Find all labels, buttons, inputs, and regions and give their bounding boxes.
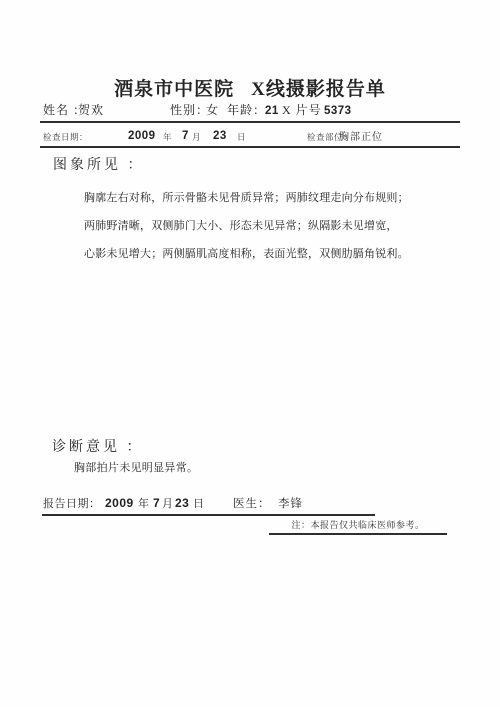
findings-line: 两肺野清晰，双侧肺门大小、形态未见异常；纵隔影未见增宽，: [84, 212, 454, 240]
findings-line: 心影未见增大；两侧膈肌高度相称，表面光整，双侧肋膈角锐利。: [84, 240, 454, 268]
exam-year-unit: 年: [163, 131, 172, 143]
report-month-unit: 月: [162, 495, 173, 511]
patient-gender: 女: [206, 101, 219, 118]
diagnosis-text: 胸部拍片未见明显异常。: [74, 459, 198, 475]
findings-heading: 图象所见 ：: [53, 154, 145, 174]
report-footer-row: 报告日期： 2009 年 7 月 23 日 医生： 李锋: [42, 495, 375, 516]
report-month: 7: [153, 496, 160, 510]
exam-year: 2009: [128, 130, 156, 142]
film-number-label: X 片号: [282, 101, 322, 118]
exam-day-unit: 日: [237, 131, 246, 143]
doctor-label: 医生：: [233, 495, 271, 511]
report-date-label: 报告日期：: [43, 495, 101, 511]
exam-date-label: 检查日期：: [43, 131, 88, 143]
doctor-name: 李锋: [278, 495, 303, 511]
patient-age: 21: [265, 105, 279, 117]
report-type: X线摄影报告单: [251, 79, 386, 100]
findings-line: 胸廓左右对称，所示骨骼未见骨质异常；两肺纹理走向分布规则；: [84, 184, 454, 212]
reference-note: 注：本报告仅共临床医师参考。: [269, 518, 447, 535]
report-day-unit: 日: [193, 495, 204, 511]
page-title: 酒泉市中医院X线摄影报告单: [0, 74, 500, 101]
patient-info-row: 姓名 ： 贺欢 性别： 女 年龄： 21 X 片号 5373: [40, 100, 460, 123]
xray-report-page: 酒泉市中医院X线摄影报告单 姓名 ： 贺欢 性别： 女 年龄： 21 X 片号 …: [0, 0, 500, 707]
age-label: 年龄：: [227, 101, 266, 118]
exam-site: 胸部正位: [339, 128, 383, 143]
exam-month: 7: [182, 130, 189, 142]
report-year: 2009: [105, 496, 134, 510]
gender-label: 性别：: [170, 101, 209, 118]
film-number: 5373: [324, 105, 352, 117]
findings-body: 胸廓左右对称，所示骨骼未见骨质异常；两肺纹理走向分布规则； 两肺野清晰，双侧肺门…: [84, 184, 454, 268]
exam-month-unit: 月: [192, 131, 201, 143]
exam-info-row: 检查日期： 2009 年 7 月 23 日 检查部位： 胸部正位: [40, 126, 460, 148]
report-day: 23: [175, 496, 189, 510]
exam-day: 23: [213, 130, 227, 142]
report-year-unit: 年: [138, 495, 149, 511]
diagnosis-heading: 诊断意见 ：: [52, 436, 144, 456]
patient-name: 贺欢: [78, 101, 104, 118]
hospital-name: 酒泉市中医院: [114, 79, 234, 100]
